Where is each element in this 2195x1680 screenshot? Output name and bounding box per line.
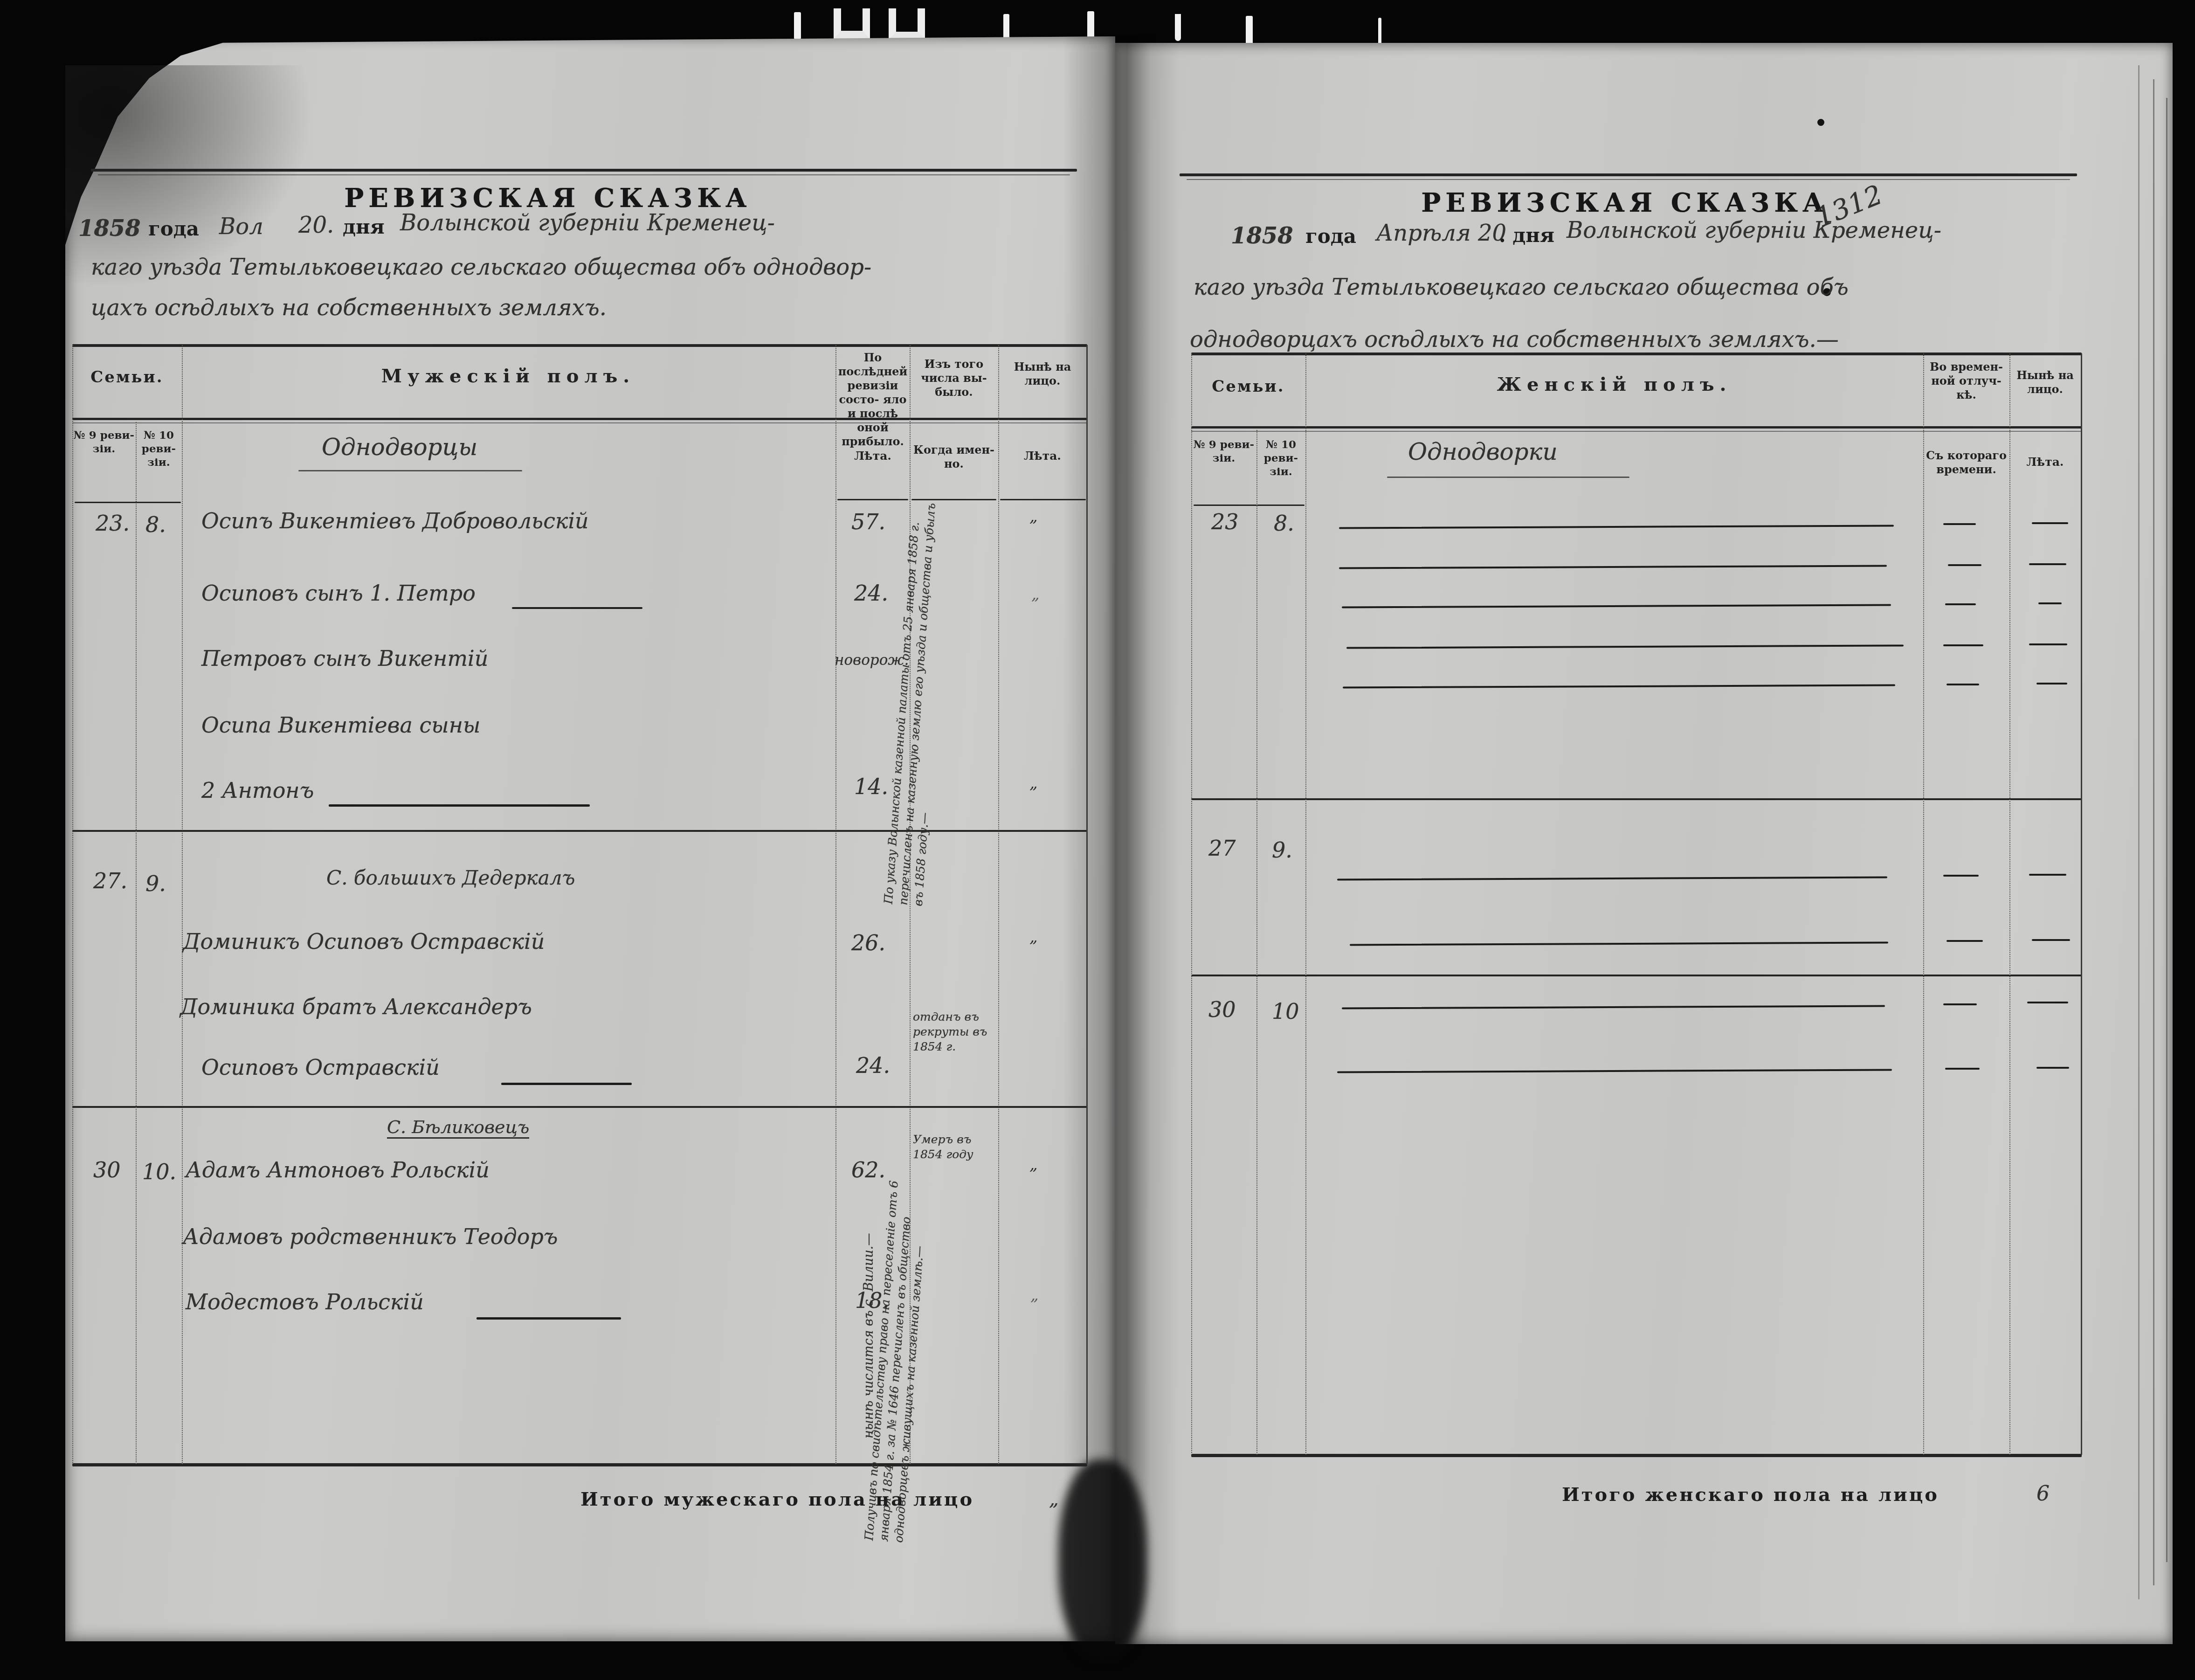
rev9-cell: 30 (1208, 997, 1236, 1022)
date-day-label: дня (343, 215, 385, 238)
male-total-value: „ (1049, 1488, 1059, 1510)
village-heading: С. большихъ Дедеркалъ (326, 866, 575, 889)
group-heading-underline (298, 470, 522, 471)
film-edge-mark (834, 8, 870, 39)
subheader-underline (1194, 505, 1305, 506)
date-rest: Волынской губерніи Кременец- (400, 210, 775, 236)
ditto-mark: „ (1029, 774, 1038, 793)
column-divider (1305, 353, 1306, 1455)
fill-line (512, 607, 642, 609)
person-name: Осиповъ сынъ 1. Петро (201, 581, 476, 606)
subcol-rev10-header: № 10 реви- зіи. (137, 429, 181, 469)
subheader-underline (75, 502, 181, 503)
person-name: Адамовъ родственникъ Теодоръ (183, 1224, 558, 1249)
family-separator (1191, 975, 2082, 976)
col-present-header: Нынѣ на лицо. (2010, 368, 2080, 396)
subcol-years-header: Лѣта. (836, 449, 909, 463)
column-divider (998, 345, 999, 1464)
rev10-cell: 10 (1272, 999, 1299, 1024)
rev9-cell: 27 (1208, 836, 1236, 861)
person-name: Осиповъ Остравскій (201, 1055, 440, 1080)
rev10-cell: 10. (142, 1159, 176, 1184)
rev10-cell: 9. (145, 871, 166, 896)
group-heading: Однодворцы (322, 434, 477, 461)
rotated-note-family30: Получивъ по свидѣтельству право на перес… (890, 1140, 994, 1508)
col-lastrev-header: По послѣдней ревизіи состо- яло и послѣ … (836, 351, 909, 449)
blank-dash (2029, 874, 2066, 876)
rev10-cell: 8. (145, 512, 166, 537)
person-name: Петровъ сынъ Викентій (201, 646, 488, 671)
rev9-cell: 23 (1211, 509, 1239, 534)
col-family-header: Семьи. (72, 367, 182, 387)
rotated-note-family23: По указу Волынской казенной палаты отъ 2… (909, 501, 998, 912)
table-top-border (72, 344, 1087, 347)
male-total-label: Итого мужескаго пола на лицо (580, 1488, 974, 1510)
header-bottom-border (1191, 426, 2082, 429)
fill-line (501, 1083, 632, 1085)
person-name: Адамъ Антоновъ Рольскій (186, 1157, 490, 1182)
subheader-underline (911, 499, 996, 500)
film-edge-mark (1175, 14, 1181, 41)
subheader-underline (1000, 499, 1086, 500)
blank-dash (2027, 1002, 2068, 1003)
subcol-years-header: Лѣта. (2010, 455, 2080, 469)
table-right-border (2081, 353, 2082, 1455)
age-cell: 26. (851, 930, 885, 955)
table-bottom-border (1191, 1454, 2082, 1457)
rev10-cell: 9. (1272, 837, 1292, 863)
ditto-mark: „ (1029, 1155, 1038, 1174)
group-heading-underline (1387, 477, 1629, 478)
person-name: 2 Антонъ (201, 778, 314, 803)
column-divider (2009, 353, 2010, 1455)
person-name: Доминика братъ Александеръ (180, 994, 532, 1019)
family-separator (72, 1106, 1087, 1108)
col-departed-header: Изъ того числа вы- было. (911, 357, 997, 399)
table-top-border (1191, 353, 2082, 355)
page-title: РЕВИЗСКАЯ СКАЗКА (261, 183, 835, 214)
col-present-header: Нынѣ на лицо. (999, 360, 1086, 388)
rev9-cell: 27. (93, 868, 127, 893)
subcol-rev9-header: № 9 реви- зіи. (1192, 438, 1256, 465)
top-rule (1180, 173, 2077, 176)
fill-line (476, 1317, 621, 1320)
subheader-underline (837, 499, 908, 500)
subcol-years2-header: Лѣта. (999, 449, 1086, 463)
group-heading: Однодворки (1408, 438, 1558, 465)
date-year-label: года (1305, 225, 1356, 248)
column-divider (136, 422, 137, 1464)
blank-dash (1943, 875, 1979, 877)
blank-dash (2029, 563, 2066, 565)
film-edge-mark (794, 12, 801, 39)
top-rule (91, 169, 1077, 172)
age-cell: 14. (854, 774, 888, 799)
column-divider (72, 345, 73, 1464)
blank-dash (2038, 602, 2062, 604)
col-female-header: Женскій полъ. (1305, 373, 1923, 396)
blank-dash (1943, 523, 1976, 525)
blank-dash (1943, 1003, 1977, 1005)
blank-dash (2032, 522, 2068, 524)
female-total-value: 6 (2036, 1482, 2050, 1506)
date-day: 20. (298, 212, 334, 238)
date-day-label: . дня (1499, 224, 1554, 247)
column-divider (1923, 353, 1924, 1455)
column-divider (182, 345, 183, 1464)
column-divider (835, 345, 836, 1464)
date-year: 1858 (78, 215, 141, 242)
ditto-mark: „ (1030, 1286, 1039, 1305)
person-name: Модестовъ Рольскій (186, 1289, 424, 1314)
top-rule (98, 174, 1070, 175)
ditto-mark: „ (1029, 928, 1038, 947)
col-away-header: Во времен- ной отлуч- кѣ. (1924, 360, 2009, 402)
scanned-revision-list-spread: РЕВИЗСКАЯ СКАЗКА 1858 года Вол 20. дня В… (0, 0, 2195, 1680)
subcol-rev9-header: № 9 реви- зіи. (73, 429, 135, 456)
fill-line (329, 804, 590, 807)
page-stack-edge (2138, 65, 2140, 1599)
column-divider (1191, 353, 1192, 1455)
age-cell: 24. (854, 581, 888, 606)
age-cell: 24. (856, 1053, 890, 1078)
punch-hole (1817, 119, 1824, 126)
header-bottom-border (72, 422, 1087, 423)
top-rule (1187, 179, 2070, 180)
intro-line3: цахъ осѣдлыхъ на собственныхъ земляхъ. (91, 295, 607, 321)
blank-dash (1948, 564, 1981, 566)
blank-dash (2036, 683, 2067, 684)
village-heading: С. Бѣликовецъ (387, 1117, 529, 1139)
ditto-mark: „ (1029, 507, 1038, 526)
blank-dash (1947, 684, 1979, 685)
family-separator (1191, 798, 2082, 800)
page-stack-edge (2153, 79, 2154, 1585)
person-name: Осипа Викентіева сыны (201, 712, 481, 738)
col-male-header: Мужескій полъ. (182, 365, 835, 388)
person-name: Доминикъ Осиповъ Остравскій (183, 929, 545, 954)
blank-dash (1947, 940, 1983, 942)
blank-dash (1945, 603, 1976, 605)
blank-dash (1943, 644, 1983, 646)
film-edge-mark (1246, 16, 1253, 45)
female-total-label: Итого женскаго пола на лицо (1562, 1484, 1939, 1506)
column-divider (1256, 430, 1257, 1455)
age-cell: 57. (851, 509, 885, 534)
subcol-rev10-header: № 10 реви- зіи. (1257, 438, 1305, 478)
header-bottom-border (72, 418, 1087, 420)
person-name: Осипъ Викентіевъ Добровольскій (201, 508, 589, 533)
film-edge-mark (889, 8, 925, 40)
rev10-cell: 8. (1274, 511, 1294, 536)
blank-dash (2032, 939, 2070, 941)
blank-dash (2029, 643, 2067, 645)
page-stack-edge (2166, 98, 2167, 1562)
date-year-label: года (148, 217, 199, 240)
departed-note: отданъ въ рекруты въ 1854 г. (913, 1009, 992, 1054)
col-family-header: Семьи. (1191, 377, 1305, 397)
date-place-start: Вол (219, 214, 263, 240)
date-year: 1858 (1231, 223, 1293, 249)
subcol-since-header: Съ котораго времени. (1924, 449, 2009, 477)
blank-dash (2036, 1067, 2069, 1069)
ditto-mark: „ (1031, 585, 1040, 604)
rotated-margin-note: нынѣ числится въ с. Вилии.— (862, 1138, 886, 1445)
intro-line2: каго уѣзда Тетыльковецкаго сельскаго общ… (91, 254, 871, 280)
rev9-cell: 23. (96, 511, 130, 536)
subcol-when-header: Когда имен- но. (911, 443, 997, 471)
blank-dash (1945, 1068, 1980, 1070)
rev9-cell: 30 (93, 1157, 121, 1182)
header-bottom-border (1191, 431, 2082, 432)
table-right-border (1086, 345, 1088, 1464)
intro-line2: каго уѣзда Тетыльковецкаго сельскаго общ… (1194, 274, 1849, 300)
date-month-day: Апрѣля 20 (1376, 220, 1506, 246)
date-rest: Волынской губерніи Кременец- (1567, 217, 1941, 243)
intro-line3: однодворцахъ осѣдлыхъ на собственныхъ зе… (1190, 326, 1839, 353)
